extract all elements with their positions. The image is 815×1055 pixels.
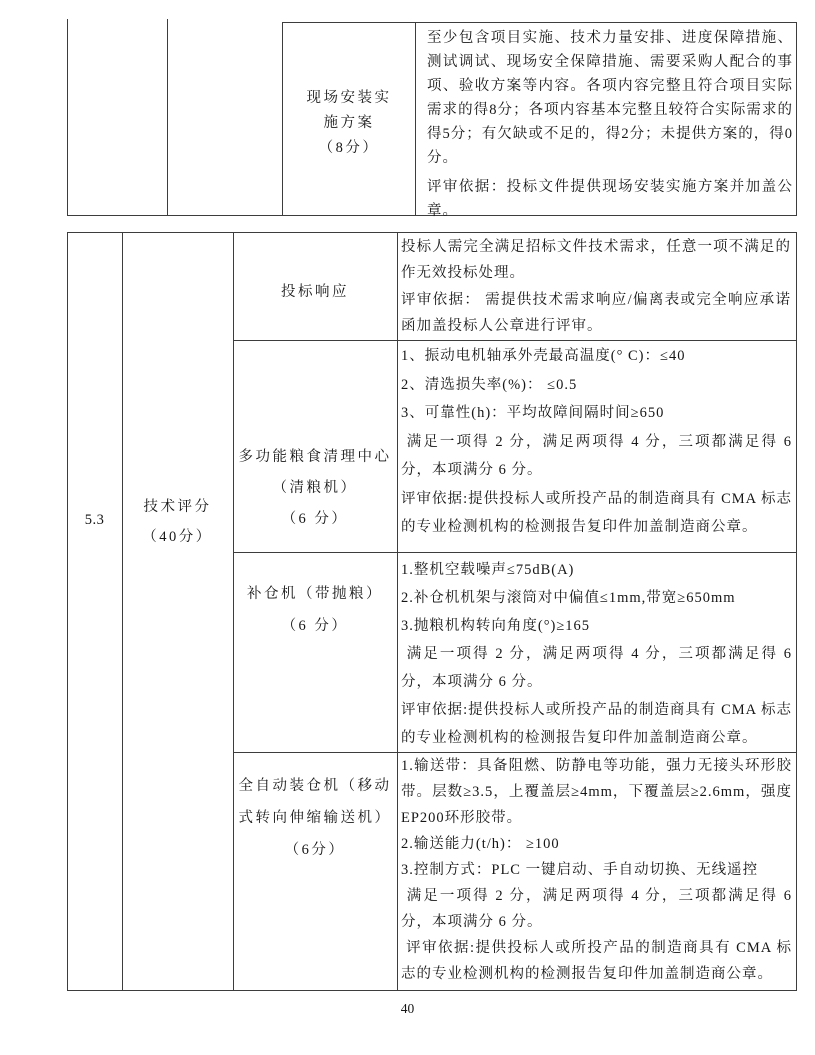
grid-line	[796, 22, 797, 216]
spec-item-paragraph: 2、清选损失率(%)： ≤0.5	[401, 371, 792, 400]
spec-item-paragraph: 1、振动电机轴承外壳最高温度(° C)：≤40	[401, 342, 792, 371]
score-rule-paragraph: 至少包含项目实施、技术力量安排、进度保障措施、测试调试、现场安全保障措施、需要采…	[427, 26, 793, 170]
item-number-cell: 5.3	[67, 508, 122, 532]
spec-item-paragraph: 3.控制方式：PLC 一键启动、手自动切换、无线遥控	[401, 857, 792, 883]
grid-line	[796, 232, 797, 991]
category-cell-technical-score: 技术评分 （40分）	[122, 492, 233, 552]
grid-line	[167, 19, 168, 216]
score-rule-paragraph: 满足一项得 2 分，满足两项得 4 分，三项都满足得 6 分，本项满分 6 分。	[401, 883, 792, 935]
grid-line	[282, 22, 797, 23]
grid-line	[67, 19, 68, 216]
score-description-cell-bin-filling-machine: 1.整机空载噪声≤75dB(A) 2.补仓机机架与滚筒对中偏值≤1mm,带宽≥6…	[401, 556, 792, 752]
review-basis-paragraph: 评审依据:提供投标人或所投产品的制造商具有 CMA 标志的专业检测机构的检测报告…	[401, 485, 792, 542]
grid-line	[67, 232, 68, 991]
review-basis-paragraph: 评审依据:提供投标人或所投产品的制造商具有 CMA 标志的专业检测机构的检测报告…	[401, 696, 792, 752]
criterion-line: （6 分）	[233, 610, 397, 642]
document-page: 现场安装实 施方案 （8分） 至少包含项目实施、技术力量安排、进度保障措施、测试…	[0, 0, 815, 1055]
score-description-cell-bid-response: 投标人需完全满足招标文件技术需求，任意一项不满足的作无效投标处理。 评审依据： …	[401, 234, 791, 339]
grid-line	[397, 232, 398, 991]
spec-item-paragraph: 2.输送能力(t/h)： ≥100	[401, 831, 792, 857]
criterion-cell-grain-cleaning-center: 多功能粮食清理中心 （清粮机） （6 分）	[233, 442, 397, 535]
criterion-line: 式转向伸缩输送机）	[233, 802, 397, 834]
spec-item-paragraph: 1.整机空载噪声≤75dB(A)	[401, 556, 792, 584]
grid-line	[233, 340, 797, 341]
criterion-line: 施方案	[283, 111, 415, 136]
score-rule-paragraph: 投标人需完全满足招标文件技术需求，任意一项不满足的作无效投标处理。	[401, 234, 791, 286]
category-line: 技术评分	[122, 492, 233, 522]
review-basis-paragraph: 评审依据： 需提供技术需求响应/偏离表或完全响应承诺函加盖投标人公章进行评审。	[401, 287, 791, 339]
criterion-line: （8分）	[283, 136, 415, 161]
criterion-line: （6 分）	[233, 504, 397, 535]
spec-item-paragraph: 2.补仓机机架与滚筒对中偏值≤1mm,带宽≥650mm	[401, 584, 792, 612]
criterion-line: （清粮机）	[233, 473, 397, 504]
page-number: 40	[0, 997, 815, 1021]
criterion-cell-bid-response: 投标响应	[233, 279, 397, 306]
grid-line	[233, 552, 797, 553]
grid-line	[415, 22, 416, 216]
score-rule-paragraph: 满足一项得 2 分，满足两项得 4 分，三项都满足得 6 分，本项满分 6 分。	[401, 428, 792, 485]
score-rule-paragraph: 满足一项得 2 分，满足两项得 4 分，三项都满足得 6 分，本项满分 6 分。	[401, 640, 792, 696]
spec-item-paragraph: 3、可靠性(h)：平均故障间隔时间≥650	[401, 399, 792, 428]
score-description-cell-grain-cleaning-center: 1、振动电机轴承外壳最高温度(° C)：≤40 2、清选损失率(%)： ≤0.5…	[401, 342, 792, 542]
score-description-cell-install-plan: 至少包含项目实施、技术力量安排、进度保障措施、测试调试、现场安全保障措施、需要采…	[427, 26, 793, 223]
criterion-line: 多功能粮食清理中心	[233, 442, 397, 473]
spec-item-paragraph: 3.抛粮机构转向角度(°)≥165	[401, 612, 792, 640]
spec-item-paragraph: 1.输送带：具备阻燃、防静电等功能，强力无接头环形胶带。层数≥3.5，上覆盖层≥…	[401, 753, 792, 831]
criterion-cell-bin-filling-machine: 补仓机（带抛粮） （6 分）	[233, 578, 397, 642]
criterion-line: 全自动装仓机（移动	[233, 770, 397, 802]
category-line: （40分）	[122, 522, 233, 552]
review-basis-paragraph: 评审依据：投标文件提供现场安装实施方案并加盖公章。	[427, 175, 793, 223]
grid-line	[67, 990, 797, 991]
grid-line	[122, 232, 123, 991]
criterion-line: 补仓机（带抛粮）	[233, 578, 397, 610]
criterion-line: 投标响应	[233, 279, 397, 306]
criterion-line: （6分）	[233, 834, 397, 866]
criterion-cell-auto-loading-machine: 全自动装仓机（移动 式转向伸缩输送机） （6分）	[233, 770, 397, 866]
criterion-cell-install-plan: 现场安装实 施方案 （8分）	[283, 86, 415, 161]
criterion-line: 现场安装实	[283, 86, 415, 111]
review-basis-paragraph: 评审依据:提供投标人或所投产品的制造商具有 CMA 标志的专业检测机构的检测报告…	[401, 935, 792, 987]
score-description-cell-auto-loading-machine: 1.输送带：具备阻燃、防静电等功能，强力无接头环形胶带。层数≥3.5，上覆盖层≥…	[401, 753, 792, 987]
grid-line	[67, 232, 797, 233]
